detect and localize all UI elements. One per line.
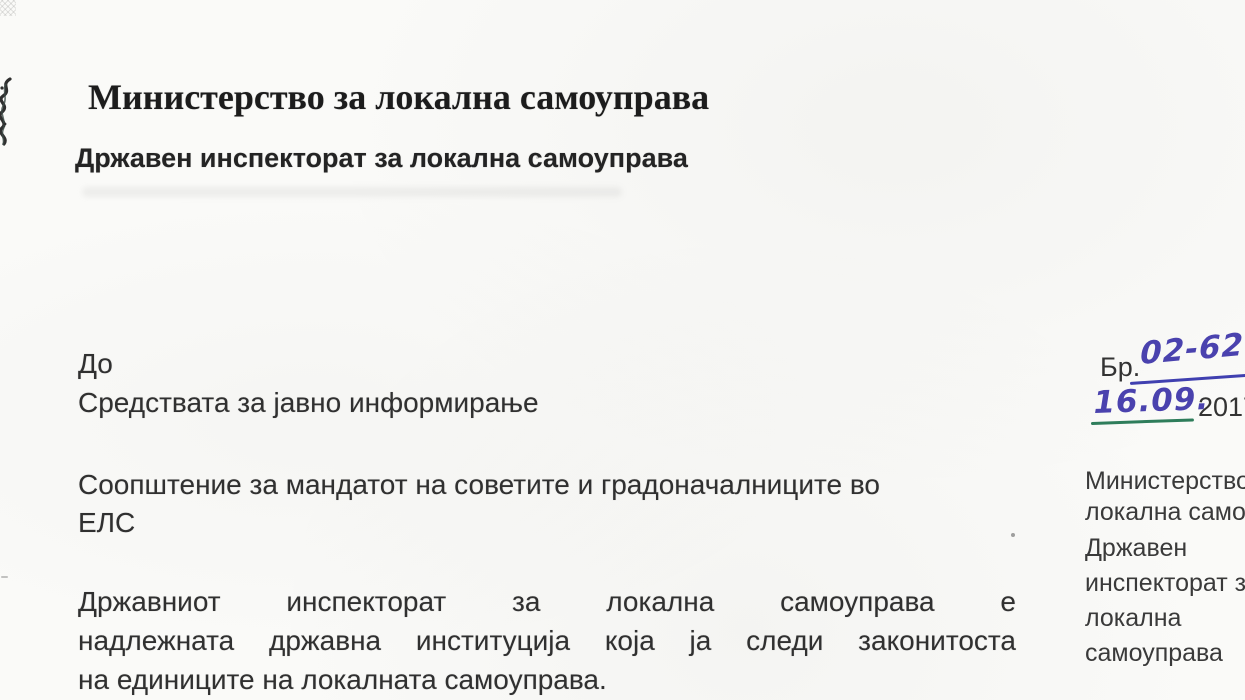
side-column-inspectorate: Државен инспекторат за локална самоуправ… bbox=[1085, 531, 1245, 671]
side-column-line: локална bbox=[1085, 601, 1245, 636]
side-column-line: Државен bbox=[1085, 531, 1245, 566]
body-line: на единиците на локалната самоуправа. bbox=[78, 660, 1016, 699]
side-column-line: инспекторат за bbox=[1085, 566, 1245, 601]
recipient-salutation: До bbox=[78, 344, 539, 383]
body-line: Државниот инспекторат за локална самоупр… bbox=[78, 582, 1016, 621]
recipient-name: Средствата за јавно информирање bbox=[78, 383, 539, 422]
subject-line: Соопштение за мандатот на советите и гра… bbox=[78, 466, 1023, 504]
body-line: надлежната државна институција која ја с… bbox=[78, 621, 1016, 660]
bleedthrough-smudge bbox=[82, 187, 622, 197]
handwritten-date: 16.09. bbox=[1093, 381, 1210, 421]
subject-line: ЕЛС bbox=[78, 504, 1023, 542]
handwritten-reference-number: 02-629/ bbox=[1140, 324, 1245, 372]
inspectorate-subtitle: Државен инспекторат за локална самоуправ… bbox=[75, 143, 688, 174]
scan-speck bbox=[536, 156, 539, 159]
side-column-line: локална самоуправа bbox=[1085, 497, 1245, 528]
side-column-line: Министерство за bbox=[1085, 466, 1245, 497]
scan-speck bbox=[1011, 533, 1015, 537]
scan-artifact-corner bbox=[0, 0, 16, 16]
side-column-line: самоуправа bbox=[1085, 636, 1245, 671]
printed-year: 2017 bbox=[1198, 392, 1245, 423]
recipient-block: До Средствата за јавно информирање bbox=[78, 344, 539, 422]
subject-block: Соопштение за мандатот на советите и гра… bbox=[78, 466, 1023, 542]
ministry-title: Министерство за локална самоуправа bbox=[88, 76, 709, 118]
coat-of-arms-fragment-icon bbox=[0, 76, 16, 150]
scan-speck bbox=[1, 576, 8, 578]
reference-number-label: Бр. bbox=[1100, 352, 1140, 383]
body-paragraph: Државниот инспекторат за локална самоупр… bbox=[78, 582, 1016, 699]
scanned-letter-page: Министерство за локална самоуправа Држав… bbox=[0, 0, 1245, 700]
side-column-ministry: Министерство за локална самоуправа bbox=[1085, 466, 1245, 528]
